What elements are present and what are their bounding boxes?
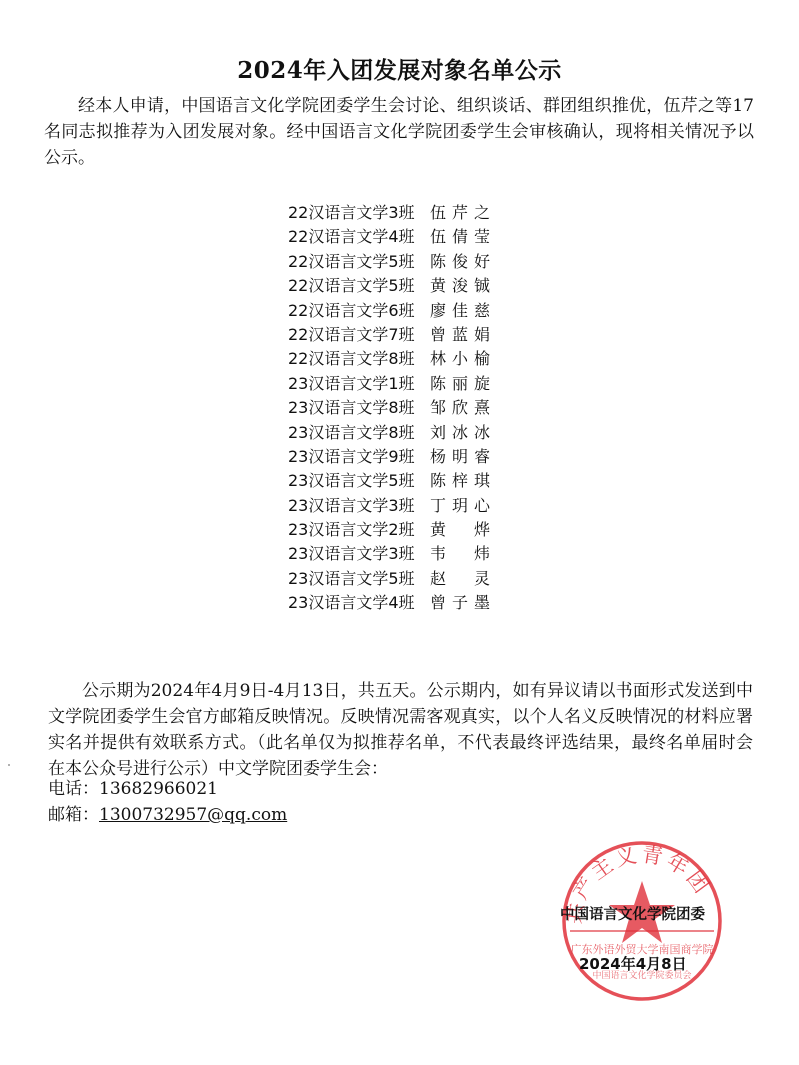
candidate-list: 22汉语言文学3班伍芹之22汉语言文学4班伍倩莹22汉语言文学5班陈俊好22汉语… bbox=[288, 201, 528, 616]
candidate-row: 23汉语言文学9班杨明睿 bbox=[288, 445, 528, 469]
candidate-row: 22汉语言文学6班廖佳慈 bbox=[288, 299, 528, 323]
candidate-row: 22汉语言文学3班伍芹之 bbox=[288, 201, 528, 225]
candidate-name: 伍芹之 bbox=[430, 201, 490, 225]
candidate-class: 22汉语言文学6班 bbox=[288, 299, 430, 323]
candidate-name: 韦炜 bbox=[430, 542, 490, 566]
candidate-row: 23汉语言文学4班曾子墨 bbox=[288, 591, 528, 615]
issue-date: 2024年4月8日 bbox=[579, 953, 687, 974]
email-link[interactable]: 1300732957@qq.com bbox=[99, 805, 287, 825]
candidate-name: 赵灵 bbox=[430, 567, 490, 591]
candidate-class: 23汉语言文学3班 bbox=[288, 494, 430, 518]
issuer-signature: 中国语言文化学院团委 bbox=[560, 903, 730, 924]
candidate-row: 23汉语言文学5班陈梓琪 bbox=[288, 469, 528, 493]
candidate-class: 22汉语言文学5班 bbox=[288, 250, 430, 274]
scan-artifact bbox=[8, 764, 10, 766]
candidate-name: 刘冰冰 bbox=[430, 421, 490, 445]
candidate-row: 22汉语言文学7班曾蓝娟 bbox=[288, 323, 528, 347]
candidate-class: 23汉语言文学2班 bbox=[288, 518, 430, 542]
candidate-class: 22汉语言文学4班 bbox=[288, 225, 430, 249]
candidate-name: 陈梓琪 bbox=[430, 469, 490, 493]
candidate-class: 23汉语言文学8班 bbox=[288, 396, 430, 420]
candidate-name: 林小榆 bbox=[430, 347, 490, 371]
candidate-row: 22汉语言文学4班伍倩莹 bbox=[288, 225, 528, 249]
candidate-class: 22汉语言文学3班 bbox=[288, 201, 430, 225]
candidate-row: 22汉语言文学8班林小榆 bbox=[288, 347, 528, 371]
candidate-name: 黄烨 bbox=[430, 518, 490, 542]
candidate-row: 23汉语言文学8班刘冰冰 bbox=[288, 421, 528, 445]
candidate-class: 23汉语言文学4班 bbox=[288, 591, 430, 615]
candidate-row: 23汉语言文学8班邹欣熹 bbox=[288, 396, 528, 420]
phone-number: 13682966021 bbox=[99, 779, 218, 799]
candidate-class: 23汉语言文学5班 bbox=[288, 567, 430, 591]
candidate-name: 陈丽旋 bbox=[430, 372, 490, 396]
candidate-row: 23汉语言文学1班陈丽旋 bbox=[288, 372, 528, 396]
candidate-class: 23汉语言文学1班 bbox=[288, 372, 430, 396]
candidate-class: 22汉语言文学8班 bbox=[288, 347, 430, 371]
candidate-name: 廖佳慈 bbox=[430, 299, 490, 323]
notice-paragraph: 公示期为2024年4月9日-4月13日，共五天。公示期内，如有异议请以书面形式发… bbox=[48, 678, 753, 782]
email-label: 邮箱： bbox=[48, 805, 99, 825]
candidate-name: 伍倩莹 bbox=[430, 225, 490, 249]
candidate-name: 曾子墨 bbox=[430, 591, 490, 615]
phone-label: 电话： bbox=[48, 779, 99, 799]
candidate-name: 邹欣熹 bbox=[430, 396, 490, 420]
candidate-name: 曾蓝娟 bbox=[430, 323, 490, 347]
candidate-row: 23汉语言文学3班丁玥心 bbox=[288, 494, 528, 518]
phone-line: 电话：13682966021 bbox=[48, 776, 218, 802]
email-line: 邮箱：1300732957@qq.com bbox=[48, 802, 287, 828]
candidate-row: 23汉语言文学5班赵灵 bbox=[288, 567, 528, 591]
candidate-class: 22汉语言文学7班 bbox=[288, 323, 430, 347]
candidate-row: 22汉语言文学5班黄浚铖 bbox=[288, 274, 528, 298]
candidate-class: 23汉语言文学5班 bbox=[288, 469, 430, 493]
candidate-name: 陈俊好 bbox=[430, 250, 490, 274]
candidate-class: 23汉语言文学8班 bbox=[288, 421, 430, 445]
intro-paragraph: 经本人申请，中国语言文化学院团委学生会讨论、组织谈话、群团组织推优，伍芹之等17… bbox=[44, 93, 754, 171]
document-title: 2024年入团发展对象名单公示 bbox=[0, 52, 799, 85]
candidate-class: 22汉语言文学5班 bbox=[288, 274, 430, 298]
candidate-class: 23汉语言文学9班 bbox=[288, 445, 430, 469]
candidate-class: 23汉语言文学3班 bbox=[288, 542, 430, 566]
candidate-row: 23汉语言文学3班韦炜 bbox=[288, 542, 528, 566]
candidate-name: 丁玥心 bbox=[430, 494, 490, 518]
candidate-name: 杨明睿 bbox=[430, 445, 490, 469]
candidate-name: 黄浚铖 bbox=[430, 274, 490, 298]
candidate-row: 22汉语言文学5班陈俊好 bbox=[288, 250, 528, 274]
document-page: 2024年入团发展对象名单公示 经本人申请，中国语言文化学院团委学生会讨论、组织… bbox=[0, 0, 799, 1065]
candidate-row: 23汉语言文学2班黄烨 bbox=[288, 518, 528, 542]
